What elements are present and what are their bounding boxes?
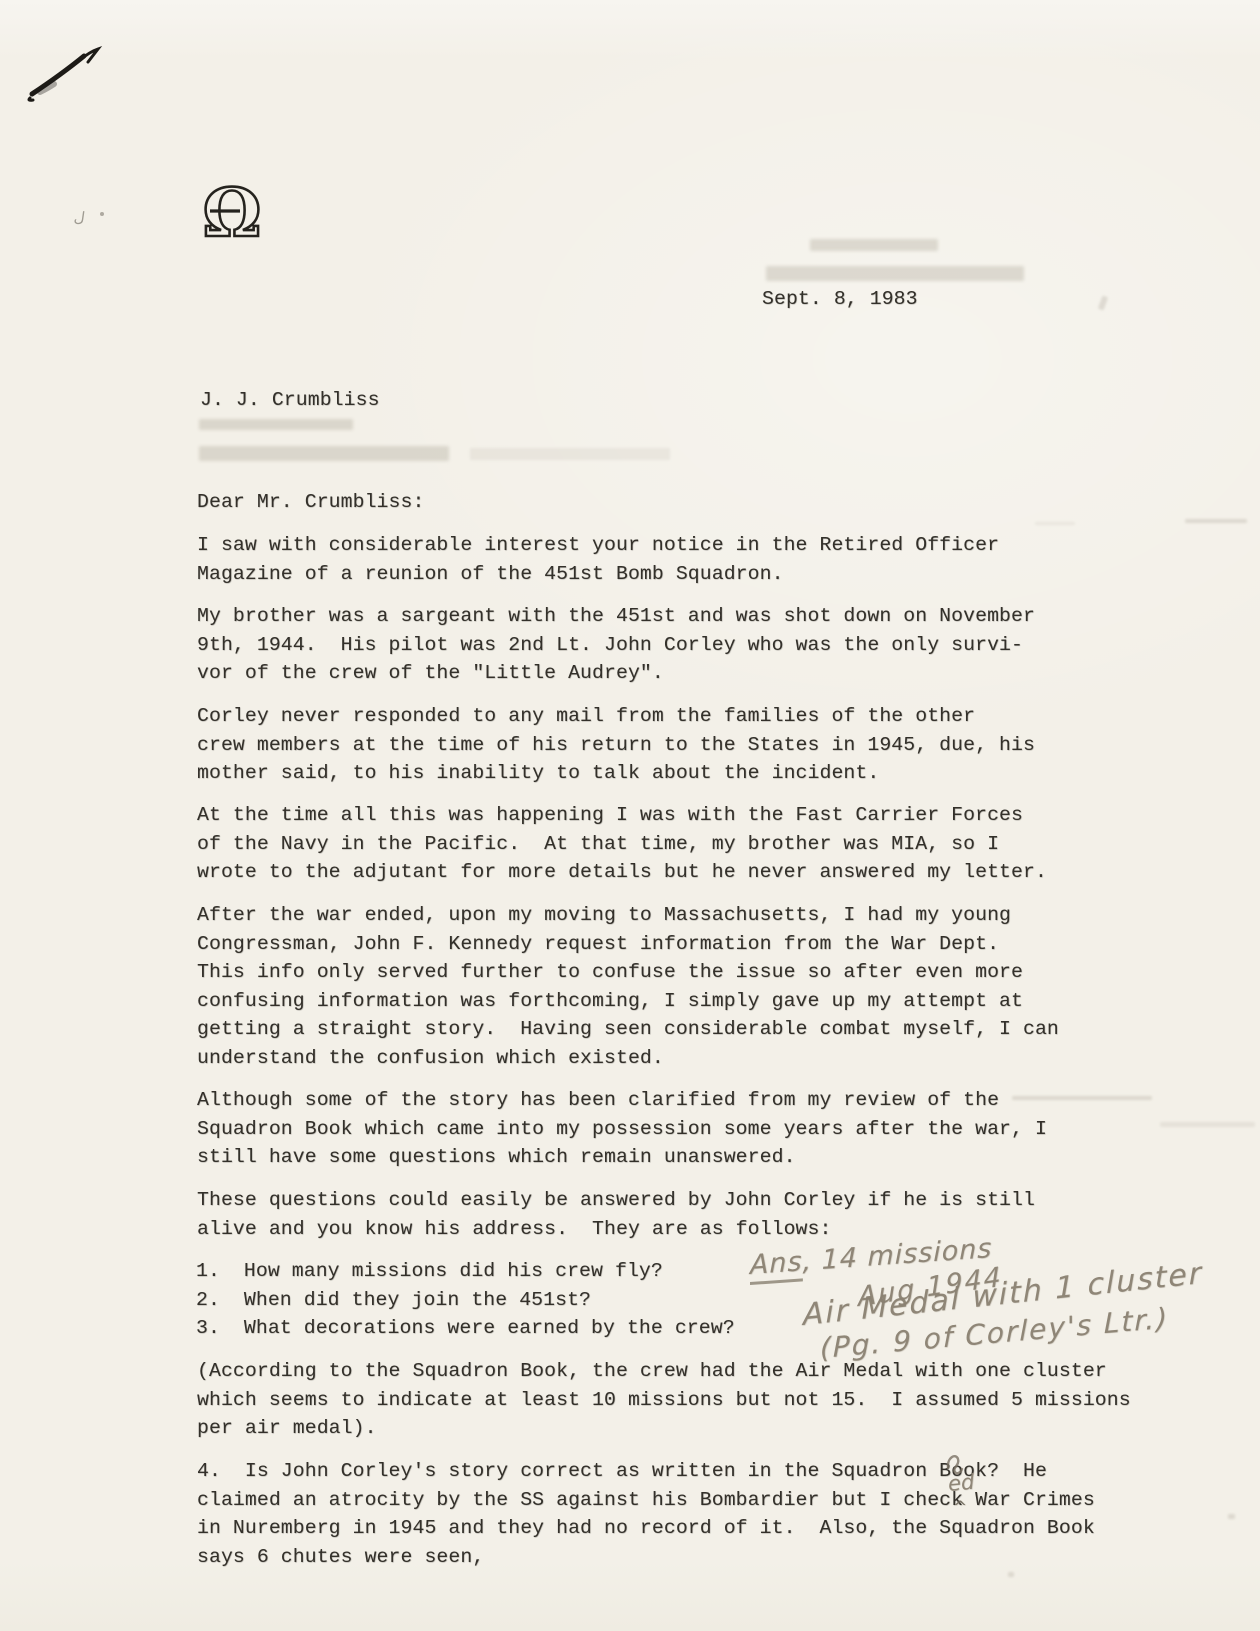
handwritten-insertion-ed: ed: [947, 1470, 975, 1496]
scan-smudge: [1160, 1122, 1255, 1127]
paragraph-7: These questions could easily be answered…: [197, 1186, 1035, 1243]
question-2: 2. When did they join the 451st?: [196, 1286, 591, 1315]
question-1: 1. How many missions did his crew fly?: [196, 1257, 663, 1286]
redacted-address-line-2: [199, 446, 449, 461]
scan-smudge: [1185, 519, 1247, 523]
pen-stroke-mark: [22, 40, 112, 106]
redacted-sender-line-2: [766, 266, 1024, 281]
question-3: 3. What decorations were earned by the c…: [196, 1314, 735, 1343]
scan-smudge: [1098, 295, 1108, 310]
scan-smudge: [1228, 1514, 1235, 1519]
redacted-address-line-1: [199, 419, 353, 430]
alpha-omega-logo: Ω: [183, 180, 281, 244]
paragraph-1: I saw with considerable interest your no…: [197, 531, 999, 588]
redacted-sender-line-1: [810, 239, 938, 251]
letter-date: Sept. 8, 1983: [762, 285, 918, 314]
paragraph-4: At the time all this was happening I was…: [197, 801, 1047, 887]
scan-smudge: [1035, 522, 1075, 525]
paragraph-5: After the war ended, upon my moving to M…: [197, 901, 1059, 1072]
recipient-name: J. J. Crumbliss: [200, 386, 380, 415]
handwritten-ans-label: Ans: [750, 1246, 803, 1285]
parenthetical-note: (According to the Squadron Book, the cre…: [197, 1357, 1131, 1443]
salutation: Dear Mr. Crumbliss:: [197, 488, 424, 517]
pencil-scuff-mark: ل: [73, 207, 86, 226]
address-smudge: [470, 448, 670, 460]
insertion-caret: ^: [953, 1498, 967, 1518]
letter-page: ل Ω Sept. 8, 1983 J. J. Crumbliss Dear M…: [0, 0, 1260, 1631]
paragraph-3: Corley never responded to any mail from …: [197, 702, 1035, 788]
scan-smudge: [1012, 1096, 1152, 1100]
paragraph-6: Although some of the story has been clar…: [197, 1086, 1047, 1172]
scan-smudge: [1008, 1572, 1014, 1577]
paragraph-2: My brother was a sargeant with the 451st…: [197, 602, 1035, 688]
pencil-dot-mark: [100, 212, 104, 216]
